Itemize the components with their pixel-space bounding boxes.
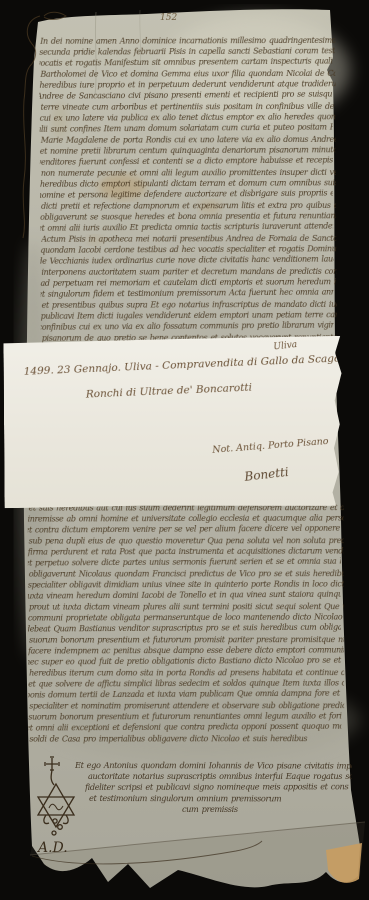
manuscript-line: homine et persona legitime defendere auc… xyxy=(39,188,333,201)
manuscript-line: de Vecchianis iudex ordinarius curie nov… xyxy=(39,254,333,267)
manuscript-line: et perpetuo solvere dicte partes unius s… xyxy=(28,557,341,570)
manuscript-line: iuxta vineam heredum domini Iacobi de To… xyxy=(28,590,341,603)
slip-subtitle: Ronchi di Ultrae de' Boncarotti xyxy=(86,382,253,401)
manuscript-upper-text: In dei nomine amen Anno dominice incarna… xyxy=(39,35,337,345)
slip-date-title: 1499. 23 Gennajo. Uliva - Compravendita … xyxy=(23,352,349,378)
manuscript-line: et omni alii exceptioni et defensioni qu… xyxy=(28,722,342,735)
manuscript-lower-text: et suis heredibus aut cui ius suum deder… xyxy=(28,502,345,749)
photograph-of-parchment-deed: 152 A.D. In dei nomine amen Anno dominic… xyxy=(0,0,369,900)
manuscript-line: debeat Quam Bastianus venditor suprascri… xyxy=(28,623,341,636)
manuscript-line: fideliter scripsi et publicavi signo nom… xyxy=(85,781,349,793)
manuscript-line: alii sunt confines Item unam domum solar… xyxy=(39,122,333,135)
slip-signature: Bonetti xyxy=(244,465,290,484)
slip-corner-word: Uliva xyxy=(273,340,298,353)
manuscript-line: venditores fuerunt confessi et contenti … xyxy=(39,155,333,168)
manuscript-line: auctoritate notarius suprascriptis omnib… xyxy=(88,771,352,782)
notarial-subscription-text: Et ego Antonius quondam domini Iohannis … xyxy=(74,760,352,818)
slip-archive-note: Not. Antiq. Porto Pisano xyxy=(212,436,329,456)
folio-number: 152 xyxy=(160,13,177,23)
manuscript-line: bonis domum tertii de Lanzada et iuxta v… xyxy=(28,689,342,702)
manuscript-line: cum premissis xyxy=(182,804,352,815)
manuscript-line: vocatis et rogatis Manifestum sit omnibu… xyxy=(39,56,332,69)
notary-initials: A.D. xyxy=(36,840,68,856)
manuscript-line: et omni alii iuris auxilio Et predicta o… xyxy=(39,221,333,234)
manuscript-line: soldi de Casa pro imperialibus obligaver… xyxy=(29,734,344,745)
manuscript-line: Et ego Antonius quondam domini Iohannis … xyxy=(75,760,352,772)
manuscript-line: Andree de Sancasciano civi pisano presen… xyxy=(39,89,332,102)
manuscript-line: et contra dictum emptorem venire per se … xyxy=(28,524,341,537)
manuscript-line: nec super eo quod fuit de pretio obligat… xyxy=(28,656,342,669)
manuscript-line: confinibus cui ex uno via ex alio fossat… xyxy=(39,320,334,333)
archival-paper-slip: Uliva 1499. 23 Gennajo. Uliva - Comprave… xyxy=(3,336,353,508)
manuscript-line: et testimonium singulorum omnium premiss… xyxy=(89,793,352,805)
manuscript-line: et singulorum fidem et testimonium premi… xyxy=(39,287,333,300)
